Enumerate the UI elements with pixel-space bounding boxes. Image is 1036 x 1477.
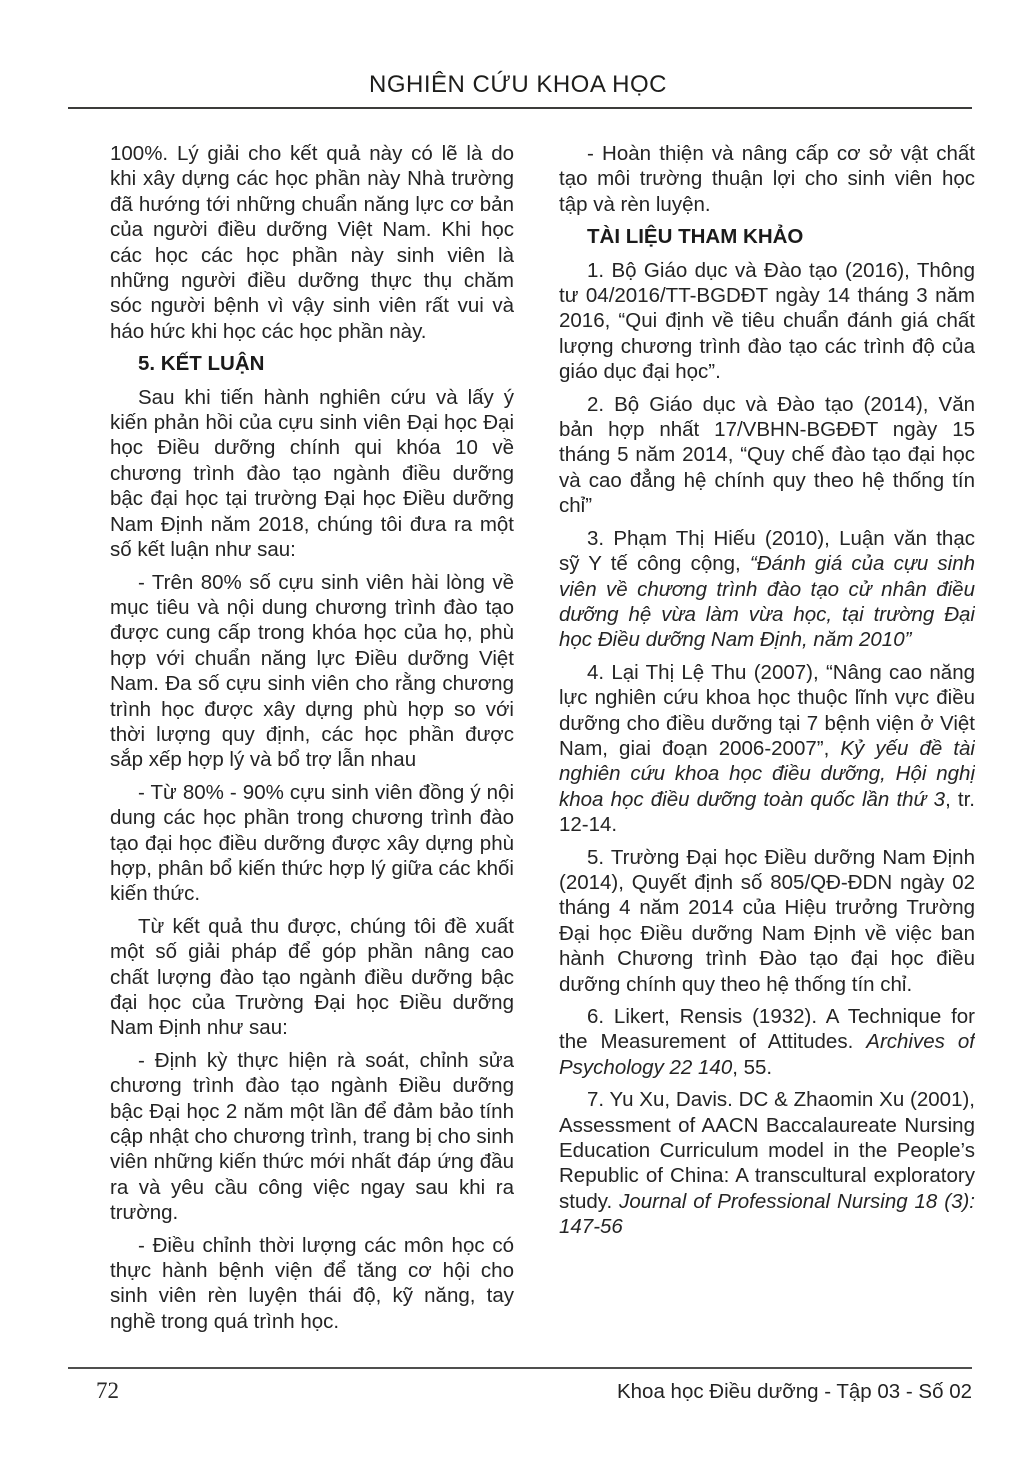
footer-journal-title: Khoa học Điều dưỡng - Tập 03 - Số 02 xyxy=(617,1380,972,1404)
paragraph: Từ kết quả thu được, chúng tôi đề xuất m… xyxy=(110,914,514,1041)
reference-item: 2. Bộ Giáo dục và Đào tạo (2014), Văn bả… xyxy=(559,392,975,519)
paragraph: Sau khi tiến hành nghiên cứu và lấy ý ki… xyxy=(110,385,514,563)
paragraph: 100%. Lý giải cho kết quả này có lẽ là d… xyxy=(110,141,514,344)
reference-text-run: , 55. xyxy=(732,1056,772,1079)
reference-item: 6. Likert, Rensis (1932). A Technique fo… xyxy=(559,1004,975,1080)
footer-rule xyxy=(68,1367,972,1369)
journal-section-title: NGHIÊN CỨU KHOA HỌC xyxy=(0,70,1036,100)
reference-italic-run: Journal of Professional Nursing 18 (3): … xyxy=(559,1190,975,1238)
reference-item: 7. Yu Xu, Davis. DC & Zhaomin Xu (2001),… xyxy=(559,1087,975,1239)
document-page: NGHIÊN CỨU KHOA HỌC 100%. Lý giải cho kế… xyxy=(0,0,1036,1477)
reference-item: 5. Trường Đại học Điều dưỡng Nam Định (2… xyxy=(559,845,975,997)
paragraph: - Điều chỉnh thời lượng các môn học có t… xyxy=(110,1233,514,1335)
page-body: 100%. Lý giải cho kết quả này có lẽ là d… xyxy=(110,141,975,1359)
reference-item: 4. Lại Thị Lệ Thu (2007), “Nâng cao năng… xyxy=(559,660,975,838)
reference-text-run: 2. Bộ Giáo dục và Đào tạo (2014), Văn bả… xyxy=(559,393,975,518)
page-number: 72 xyxy=(96,1378,119,1404)
reference-item: 1. Bộ Giáo dục và Đào tạo (2016), Thông … xyxy=(559,258,975,385)
right-column: - Hoàn thiện và nâng cấp cơ sở vật chất … xyxy=(559,141,975,1359)
paragraph: - Từ 80% - 90% cựu sinh viên đồng ý nội … xyxy=(110,780,514,907)
reference-text-run: 5. Trường Đại học Điều dưỡng Nam Định (2… xyxy=(559,846,975,996)
reference-item: 3. Phạm Thị Hiếu (2010), Luận văn thạc s… xyxy=(559,526,975,653)
header-rule xyxy=(68,107,972,109)
reference-text-run: 1. Bộ Giáo dục và Đào tạo (2016), Thông … xyxy=(559,259,975,384)
paragraph: - Hoàn thiện và nâng cấp cơ sở vật chất … xyxy=(559,141,975,217)
paragraph: - Trên 80% số cựu sinh viên hài lòng về … xyxy=(110,570,514,773)
section-heading-conclusion: 5. KẾT LUẬN xyxy=(110,351,514,376)
section-heading-references: TÀI LIỆU THAM KHẢO xyxy=(559,224,975,249)
paragraph: - Định kỳ thực hiện rà soát, chỉnh sửa c… xyxy=(110,1048,514,1226)
left-column: 100%. Lý giải cho kết quả này có lẽ là d… xyxy=(110,141,514,1359)
